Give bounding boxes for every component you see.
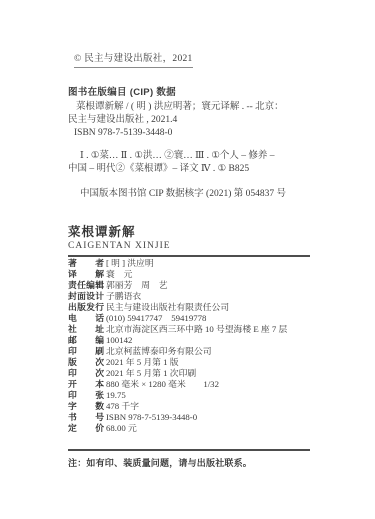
colophon-row: 字数 478 千字	[68, 401, 328, 412]
colophon-row: 邮编 100142	[68, 335, 328, 346]
divider-top	[68, 255, 310, 257]
colophon-row-value: ISBN 978-7-5139-3448-0	[106, 412, 197, 423]
colophon-row-label: 开本	[68, 379, 104, 390]
colophon-row: 印张 19.75	[68, 390, 328, 401]
colophon-row-label: 字数	[68, 401, 104, 412]
colophon-row-value: 2021 年 5 月第 1 版	[106, 357, 179, 368]
colophon-row: 电话 (010) 59417747 59419778	[68, 313, 328, 324]
colophon-row: 封面设计 子鹏语衣	[68, 291, 328, 302]
cip-classification: Ⅰ . ①菜… Ⅱ . ①洪… ②寰… Ⅲ . ①个人 – 修养 – 中国 – …	[68, 150, 314, 176]
colophon-row: 开本 880 毫米 × 1280 毫米 1/32	[68, 379, 328, 390]
cip-record-text: 中国版本图书馆 CIP 数据核字 (2021) 第 054837 号	[68, 185, 318, 199]
colophon-row-label: 电话	[68, 313, 104, 324]
colophon-row-value: 19.75	[106, 390, 126, 401]
colophon-row-value: 民主与建设出版社有限责任公司	[106, 302, 229, 313]
colophon-row: 版次 2021 年 5 月第 1 版	[68, 357, 328, 368]
classification-line-1: Ⅰ . ①菜… Ⅱ . ①洪… ②寰… Ⅲ . ①个人 – 修养 –	[68, 150, 314, 163]
cip-line-isbn: ISBN 978-7-5139-3448-0	[68, 127, 314, 140]
colophon-row-value: 68.00 元	[106, 423, 137, 434]
classification-line-2: 中国 – 明代②《菜根谭》– 译文 Ⅳ . ① B825	[68, 163, 314, 176]
cip-heading: 图书在版编目 (CIP) 数据	[68, 84, 176, 98]
colophon-row: 印次 2021 年 5 月第 1 次印刷	[68, 368, 328, 379]
colophon-row-label: 译解	[68, 269, 104, 280]
colophon-row-label: 责任编辑	[68, 280, 104, 291]
cip-description: 菜根谭新解 / ( 明 ) 洪应明著；寰元译解 . -- 北京： 民主与建设出版…	[68, 101, 314, 140]
book-copyright-page: © 民主与建设出版社，2021 图书在版编目 (CIP) 数据 菜根谭新解 / …	[0, 0, 375, 519]
colophon-row-value: [ 明 ] 洪应明	[106, 258, 154, 269]
colophon-row-label: 著者	[68, 258, 104, 269]
colophon-row-label: 版次	[68, 357, 104, 368]
colophon-row: 译解 寰 元	[68, 269, 328, 280]
colophon-row-value: 寰 元	[106, 269, 132, 280]
copyright-line: © 民主与建设出版社，2021	[74, 50, 193, 68]
colophon-row: 书号 ISBN 978-7-5139-3448-0	[68, 412, 328, 423]
quality-note: 注：如有印、装质量问题，请与出版社联系。	[68, 456, 252, 469]
colophon-row: 出版发行 民主与建设出版社有限责任公司	[68, 302, 328, 313]
colophon-row-value: 478 千字	[106, 401, 139, 412]
colophon-row-label: 印刷	[68, 346, 104, 357]
cip-line-2: 民主与建设出版社 , 2021.4	[68, 114, 314, 127]
colophon-row: 著者 [ 明 ] 洪应明	[68, 258, 328, 269]
cip-line-1: 菜根谭新解 / ( 明 ) 洪应明著；寰元译解 . -- 北京：	[68, 101, 314, 114]
divider-bottom	[68, 449, 310, 451]
colophon-row-label: 印次	[68, 368, 104, 379]
colophon-row-value: 子鹏语衣	[106, 291, 141, 302]
book-title-pinyin: CAIGENTAN XINJIE	[68, 241, 171, 251]
colophon-row-value: 北京柯蓝博泰印务有限公司	[106, 346, 212, 357]
colophon-row: 责任编辑 郭丽芳 周 艺	[68, 280, 328, 291]
colophon-row-label: 印张	[68, 390, 104, 401]
colophon-row-value: 郭丽芳 周 艺	[106, 280, 168, 291]
colophon-row: 印刷 北京柯蓝博泰印务有限公司	[68, 346, 328, 357]
colophon-row-label: 出版发行	[68, 302, 104, 313]
colophon-row-label: 社址	[68, 324, 104, 335]
colophon-row: 社址 北京市海淀区西三环中路 10 号望海楼 E 座 7 层	[68, 324, 328, 335]
colophon-row-label: 定价	[68, 423, 104, 434]
colophon-row-value: 北京市海淀区西三环中路 10 号望海楼 E 座 7 层	[106, 324, 287, 335]
colophon-rows: 著者 [ 明 ] 洪应明 译解 寰 元 责任编辑 郭丽芳 周 艺 封面设计 子鹏…	[68, 258, 328, 434]
colophon-row-value: 880 毫米 × 1280 毫米 1/32	[106, 379, 219, 390]
colophon-row: 定价 68.00 元	[68, 423, 328, 434]
colophon-row-value: 100142	[106, 335, 132, 346]
colophon-row-label: 封面设计	[68, 291, 104, 302]
colophon-row-label: 书号	[68, 412, 104, 423]
colophon-row-label: 邮编	[68, 335, 104, 346]
colophon-row-value: (010) 59417747 59419778	[106, 313, 206, 324]
book-title: 菜根谭新解	[68, 222, 136, 240]
colophon-row-value: 2021 年 5 月第 1 次印刷	[106, 368, 196, 379]
cip-record-number: 中国版本图书馆 CIP 数据核字 (2021) 第 054837 号	[68, 185, 318, 199]
